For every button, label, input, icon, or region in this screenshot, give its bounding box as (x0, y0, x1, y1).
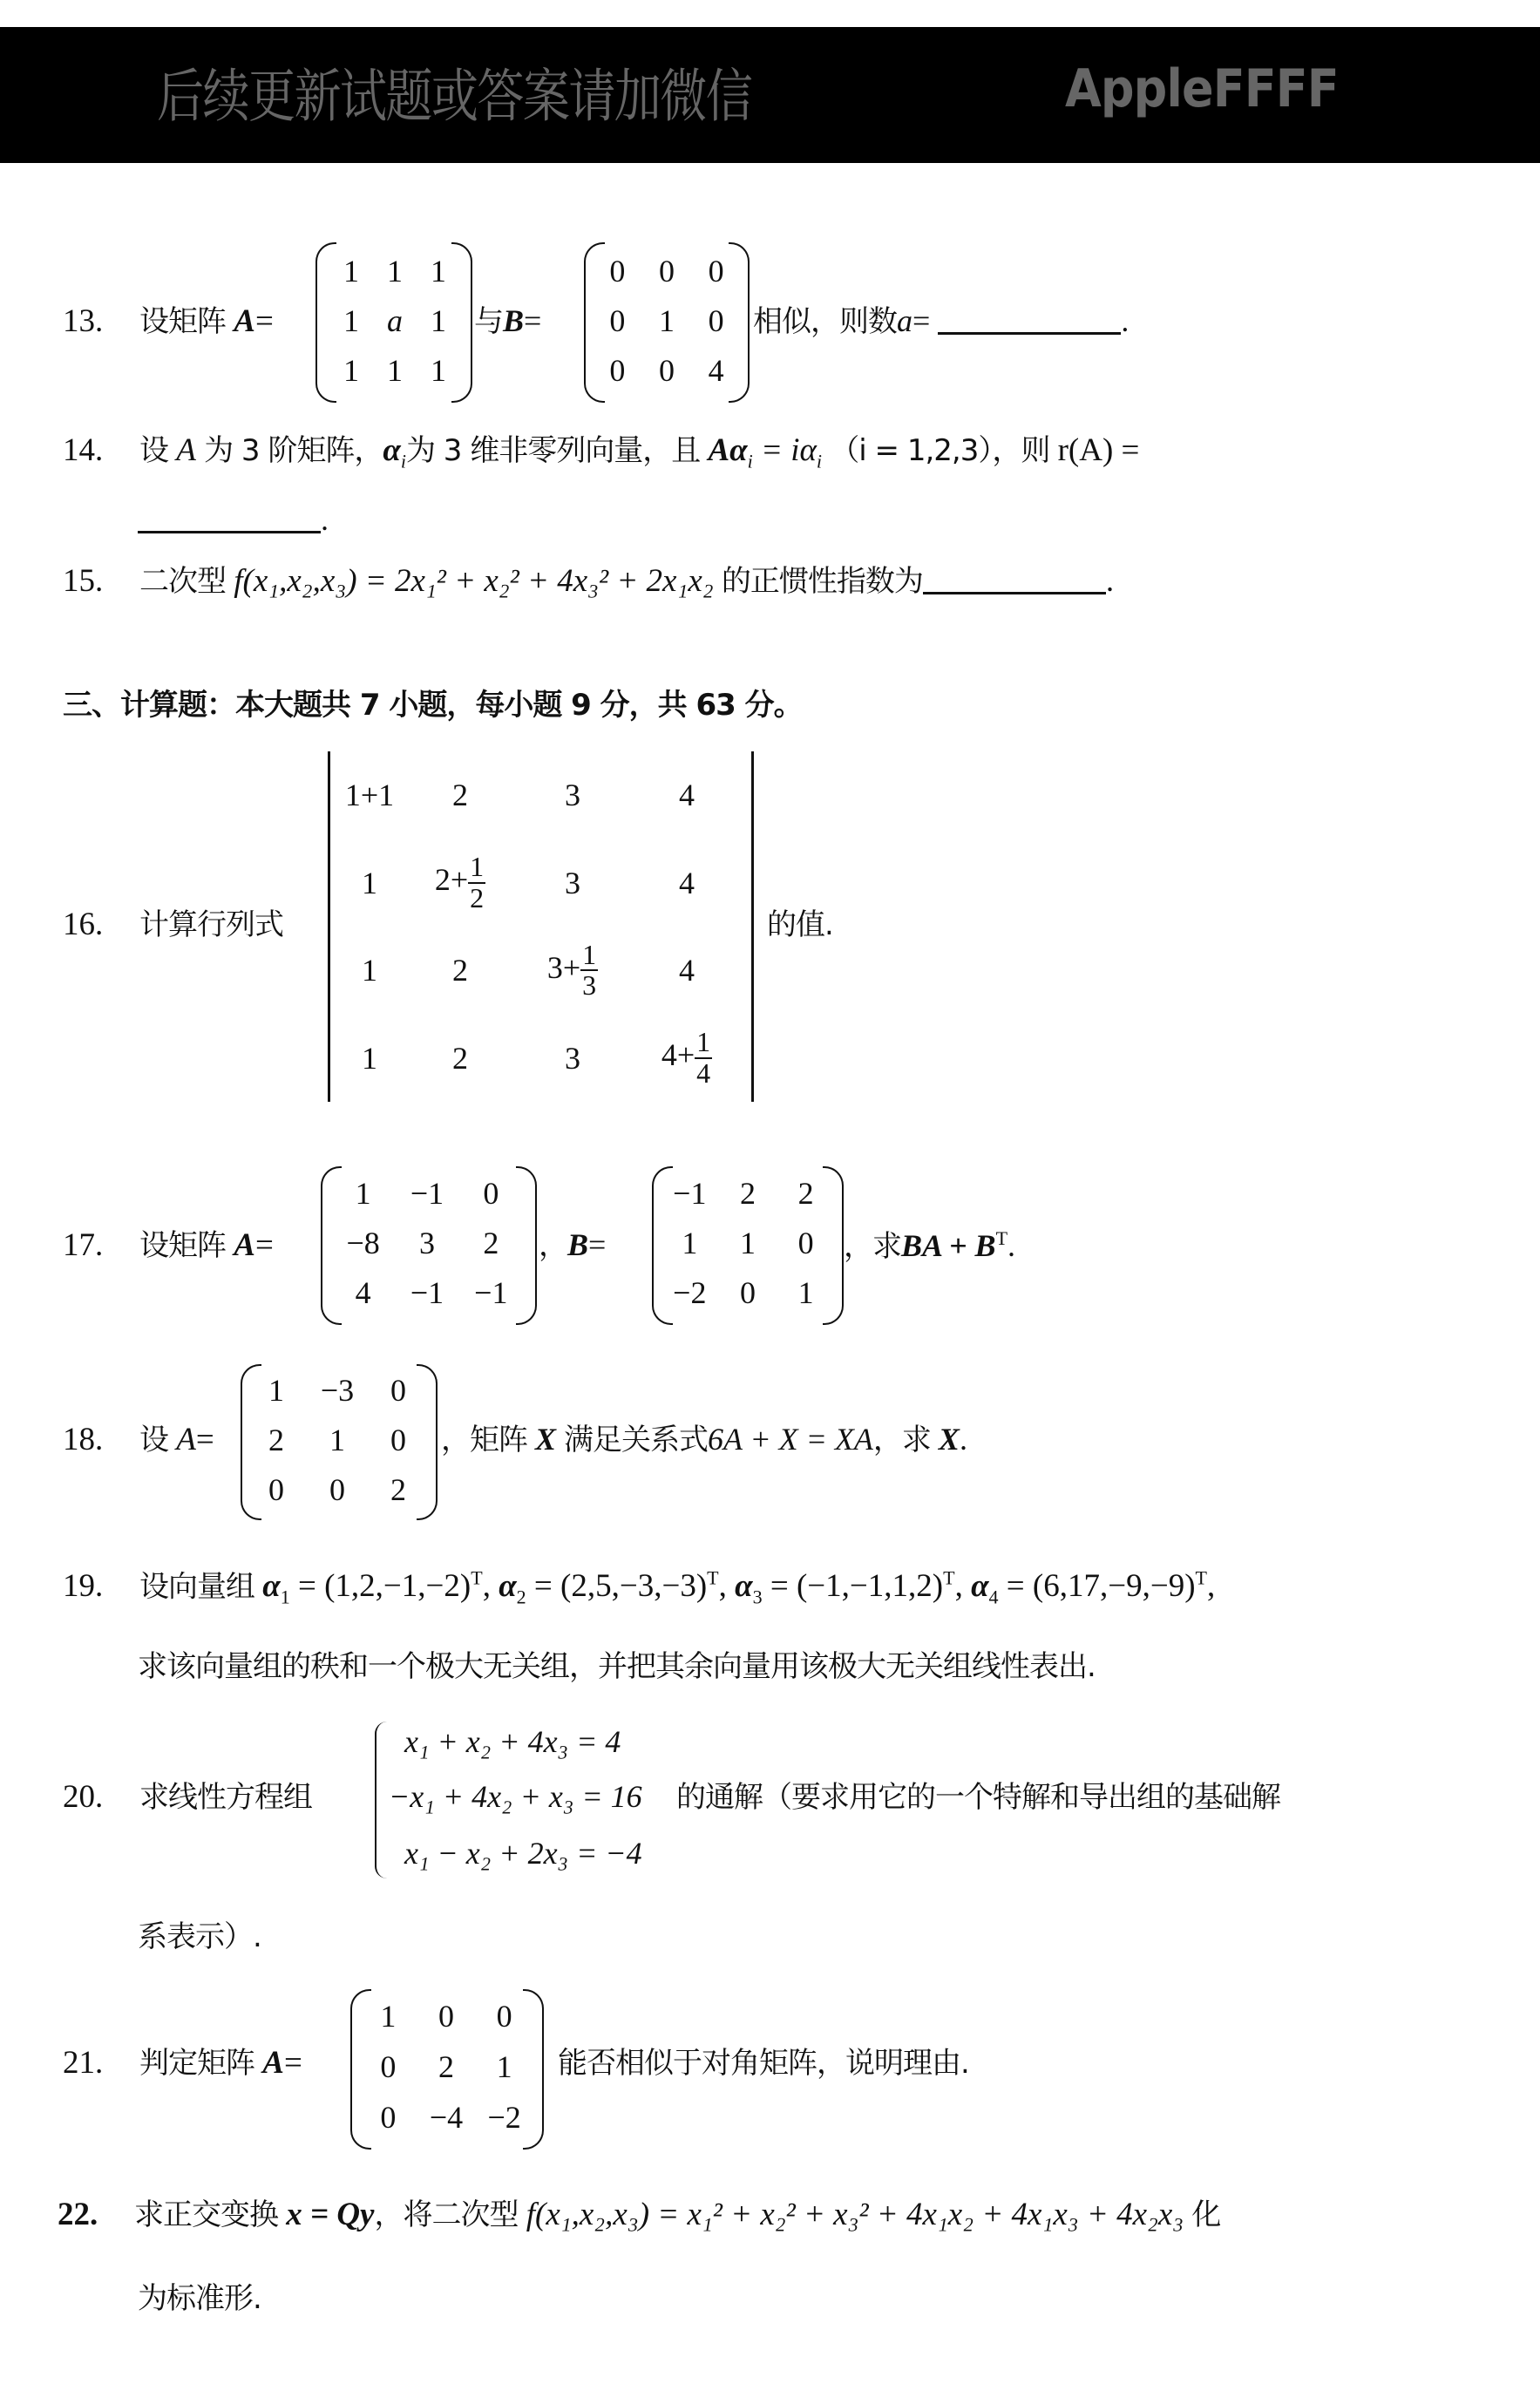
q13-mid: 与B= (474, 305, 541, 336)
q18-a-label: A (176, 1422, 196, 1457)
denominator: 3 (582, 971, 596, 1001)
q22-transform: x = Qy (286, 2197, 374, 2232)
matrix-cell: 2 (719, 1175, 777, 1212)
q14-eq-rhs: = iα (761, 432, 817, 468)
det-cell: 2 (404, 952, 516, 988)
matrix-cell: 1 (661, 1225, 719, 1261)
q18-end: . (960, 1422, 967, 1457)
q14-sub3: i (817, 450, 822, 472)
q17-b-label: B (567, 1227, 588, 1262)
alpha: α (971, 1568, 988, 1604)
q13-prefix: 设矩阵 (139, 304, 226, 339)
q20-equation-1: x₁ + x₂ + 4x₃ = 4 (404, 1726, 621, 1757)
q13-eq: = (255, 303, 274, 339)
plus: + (563, 950, 580, 985)
q18-number: 18. (63, 1423, 139, 1456)
q14-end: . (321, 502, 329, 537)
q14-text3: 为 3 维非零列向量，且 (406, 433, 700, 468)
q15-func: f(x₁,x₂,x₃) = 2x₁² + x₂² + 4x₃² + 2x₁x₂ (234, 563, 713, 599)
q14-eq-lhs: Aα (708, 432, 747, 468)
transpose: T (707, 1567, 718, 1589)
q13-b-label: B (503, 303, 524, 338)
matrix-cell: 1 (373, 253, 417, 289)
matrix-cell: 1 (331, 1175, 395, 1212)
q15-text2: 的正惯性指数为 (722, 564, 923, 599)
q17-a-label: A (234, 1227, 255, 1263)
q22-line: 22.求正交变换 x = Qy，将二次型 f(x₁,x₂,x₃) = x₁² +… (58, 2198, 1220, 2231)
q14-number: 14. (63, 434, 139, 466)
det-cell-frac: 3+13 (516, 941, 629, 1001)
q17-sep: ， (539, 1228, 567, 1263)
q21-matrix-a: 100 021 0−4−2 (359, 1991, 533, 2143)
matrix-cell: 0 (719, 1274, 777, 1311)
q20-equation-2: −x₁ + 4x₂ + x₃ = 16 (389, 1781, 642, 1812)
subscript: 3 (753, 1586, 763, 1608)
subscript: 4 (989, 1586, 999, 1608)
q13-eq3: = (912, 303, 930, 338)
banner-text: 后续更新试题或答案请加微信 (157, 50, 751, 132)
q18-relation: 6A + X = XA (708, 1422, 873, 1457)
q13-eq2: = (524, 303, 541, 338)
det-cell: 2 (404, 1040, 516, 1077)
q21-suffix-text: 能否相似于对角矩阵，说明理由. (558, 2046, 969, 2081)
q20-equation-3: x₁ − x₂ + 2x₃ = −4 (404, 1837, 642, 1869)
matrix-cell: 4 (331, 1274, 395, 1311)
alpha: α (499, 1568, 516, 1604)
q13-matrix-b: 000 010 004 (593, 246, 741, 396)
matrix-cell: −1 (661, 1175, 719, 1212)
q16-determinant: 1+1 2 3 4 1 2+12 3 4 1 2 3+13 4 1 2 3 4+… (335, 751, 744, 1102)
q17-eq2: = (588, 1227, 606, 1262)
q17-prefix: 设矩阵 (139, 1228, 226, 1263)
matrix-cell: 0 (246, 1471, 307, 1508)
section-3-heading: 三、计算题：本大题共 7 小题，每小题 9 分，共 63 分。 (63, 688, 803, 723)
q20-number: 20. (63, 1781, 139, 1813)
vector-value: = (−1,−1,1,2) (770, 1568, 943, 1604)
q14-a: A (176, 432, 196, 468)
question-15: 15.二次型 f(x₁,x₂,x₃) = 2x₁² + x₂² + 4x₃² +… (63, 565, 1114, 597)
q18-text2: 满足关系式 (564, 1423, 708, 1457)
q18-suffix-text: ，矩阵 (441, 1423, 527, 1457)
q13-b-right-paren (729, 242, 750, 403)
q18-line: 18.设 A= (63, 1423, 214, 1456)
q14-text1: 设 (139, 433, 168, 468)
q13-suffix-line: 相似，则数a= . (753, 305, 1129, 336)
q18-suffix: ，矩阵 X 满足关系式6A + X = XA，求 X. (441, 1423, 967, 1455)
det-cell: 1 (335, 865, 404, 901)
matrix-cell: 0 (642, 253, 692, 289)
matrix-cell: −1 (395, 1175, 458, 1212)
q13-a-label: A (234, 303, 255, 339)
matrix-cell: 0 (593, 253, 642, 289)
q14-blank-line: . (138, 504, 329, 535)
int-part: 2 (435, 862, 451, 897)
q17-number: 17. (63, 1229, 139, 1261)
q15-text1: 二次型 (139, 564, 226, 599)
matrix-cell: 0 (359, 2099, 417, 2136)
vector-value: = (2,5,−3,−3) (534, 1568, 707, 1604)
q21-a-right-paren (523, 1989, 544, 2150)
fraction: 14 (695, 1028, 712, 1088)
q21-prefix: 判定矩阵 (139, 2046, 254, 2081)
alpha: α (735, 1568, 752, 1604)
q22-line2: 为标准形. (138, 2282, 261, 2313)
q19-prefix: 设向量组 (139, 1569, 254, 1604)
matrix-cell: −8 (331, 1225, 395, 1261)
q13-mid-text: 与 (474, 304, 503, 339)
det-cell: 4 (629, 777, 744, 813)
plus: + (451, 862, 468, 897)
det-cell: 4 (629, 952, 744, 988)
q22-prefix: 求正交变换 (134, 2197, 278, 2232)
q15-end: . (1106, 563, 1114, 599)
q20-line: 20.求线性方程组 (63, 1781, 312, 1813)
q14-answer-blank[interactable] (138, 531, 321, 533)
matrix-cell: 2 (246, 1422, 307, 1458)
q13-a-right-paren (451, 242, 472, 403)
det-cell: 1 (335, 1040, 404, 1077)
denominator: 4 (696, 1059, 710, 1089)
q17-suffix-text: ，求 (844, 1229, 901, 1264)
matrix-cell: 2 (417, 2048, 476, 2085)
matrix-cell: 0 (417, 1998, 476, 2034)
q19-vector-3: α3 = (−1,−1,1,2)T, (735, 1568, 963, 1604)
matrix-cell: −4 (417, 2099, 476, 2136)
q14-alpha: α (383, 432, 400, 468)
q18-matrix-a: 1−30 210 002 (246, 1366, 429, 1514)
q22-text2: ，将二次型 (374, 2197, 518, 2232)
q13-var: a (897, 303, 912, 338)
det-cell: 4 (629, 865, 744, 901)
q20-line2-text: 系表示）. (138, 1919, 261, 1954)
q16-suffix: 的值. (767, 908, 833, 940)
matrix-cell: 2 (459, 1225, 523, 1261)
subscript: 2 (517, 1586, 526, 1608)
det-cell: 1 (335, 952, 404, 988)
banner-wechat-id: AppleFFFF (1065, 58, 1339, 119)
q14-cond: （i = 1,2,3），则 (830, 433, 1049, 468)
q21-a-label: A (262, 2045, 284, 2081)
matrix-cell: 0 (593, 352, 642, 389)
q16-det-left-bar (328, 751, 330, 1102)
q21-number: 21. (63, 2047, 139, 2079)
q19-vector-2: α2 = (2,5,−3,−3)T, (499, 1568, 727, 1604)
q17-matrix-b: −122 110 −201 (661, 1168, 835, 1318)
q20-left-brace (375, 1722, 389, 1878)
q22-text3: 化 (1191, 2197, 1220, 2232)
q20-prefix: 求线性方程组 (139, 1780, 312, 1815)
q19-vector-4: α4 = (6,17,−9,−9)T, (971, 1568, 1215, 1604)
vector-value: = (1,2,−1,−2) (298, 1568, 471, 1604)
int-part: 3 (547, 950, 563, 985)
q18-text3: ，求 (873, 1423, 931, 1457)
q19-number: 19. (63, 1570, 139, 1602)
numerator: 1 (580, 941, 598, 972)
q15-answer-blank[interactable] (923, 592, 1106, 594)
q17-a-right-paren (516, 1166, 537, 1325)
fraction: 12 (468, 852, 485, 913)
matrix-cell: 3 (395, 1225, 458, 1261)
q21-line: 21.判定矩阵 A= (63, 2047, 302, 2079)
det-cell: 3 (516, 777, 629, 813)
q17-suffix: ，求BA + BT. (844, 1229, 1015, 1261)
q13-matrix-a: 111 1a1 111 (329, 246, 460, 396)
alpha: α (262, 1568, 280, 1604)
q17-expr: BA + B (901, 1228, 996, 1263)
det-cell: 3 (516, 1040, 629, 1077)
det-cell: 3 (516, 865, 629, 901)
matrix-cell: 1 (246, 1372, 307, 1409)
det-cell-frac: 4+14 (629, 1028, 744, 1088)
q19-line2-text: 求该向量组的秩和一个极大无关组，并把其余向量用该极大无关组线性表出. (138, 1649, 1096, 1684)
q18-a-right-paren (417, 1364, 438, 1520)
q17-mid: ，B= (539, 1229, 606, 1260)
q17-end: . (1007, 1228, 1015, 1263)
matrix-cell: 0 (359, 2048, 417, 2085)
numerator: 1 (695, 1028, 712, 1059)
matrix-cell: 0 (642, 352, 692, 389)
q19-line: 19.设向量组 α1 = (1,2,−1,−2)T, α2 = (2,5,−3,… (63, 1569, 1215, 1607)
matrix-cell: 1 (307, 1422, 368, 1458)
det-cell: 2 (404, 777, 516, 813)
q17-transpose: T (996, 1227, 1007, 1249)
vector-value: = (6,17,−9,−9) (1007, 1568, 1196, 1604)
q18-prefix: 设 (139, 1423, 168, 1457)
q21-suffix: 能否相似于对角矩阵，说明理由. (558, 2047, 969, 2078)
plus: + (677, 1037, 695, 1072)
q15-number: 15. (63, 565, 139, 597)
q16-line: 16.计算行列式 (63, 908, 283, 941)
q14-rank: r(A) = (1058, 432, 1140, 468)
matrix-cell: 1 (373, 352, 417, 389)
q13-suffix: 相似，则数 (753, 304, 897, 339)
matrix-cell: 1 (329, 302, 373, 339)
matrix-cell: −1 (395, 1274, 458, 1311)
watermark-banner: 后续更新试题或答案请加微信 AppleFFFF (0, 27, 1540, 163)
q14-line: 14.设 A 为 3 阶矩阵，αi为 3 维非零列向量，且 Aαi = iαi … (63, 434, 1139, 471)
denominator: 2 (470, 884, 484, 914)
matrix-cell: 1 (642, 302, 692, 339)
q22-number: 22. (58, 2198, 134, 2231)
section-heading: 三、计算题：本大题共 7 小题，每小题 9 分，共 63 分。 (63, 689, 803, 721)
q17-line: 17.设矩阵 A= (63, 1229, 274, 1261)
transpose: T (471, 1567, 482, 1589)
transpose: T (1196, 1567, 1207, 1589)
q18-eq: = (196, 1422, 214, 1457)
matrix-cell: 1 (329, 352, 373, 389)
matrix-cell: a (373, 302, 417, 339)
det-cell: 1+1 (335, 777, 404, 813)
q13-line: 13.设矩阵 A= (63, 305, 274, 337)
q13-answer-blank[interactable] (938, 332, 1121, 335)
transpose: T (943, 1567, 954, 1589)
q14-text2: 为 3 阶矩阵， (204, 433, 383, 468)
q21-eq: = (284, 2045, 302, 2081)
fraction: 13 (580, 941, 598, 1001)
matrix-cell: 0 (307, 1471, 368, 1508)
matrix-cell: 1 (329, 253, 373, 289)
q17-b-right-paren (823, 1166, 844, 1325)
matrix-cell: −1 (459, 1274, 523, 1311)
matrix-cell: −3 (307, 1372, 368, 1409)
q19-vector-1: α1 = (1,2,−1,−2)T, (262, 1568, 491, 1604)
q20-suffix: 的通解（要求用它的一个特解和导出组的基础解 (676, 1781, 1280, 1812)
matrix-cell: 1 (719, 1225, 777, 1261)
q17-matrix-a: 1−10 −832 4−1−1 (331, 1168, 523, 1318)
q13-number: 13. (63, 305, 139, 337)
q17-eq: = (255, 1227, 274, 1263)
q22-func: f(x₁,x₂,x₃) = x₁² + x₂² + x₃² + 4x₁x₂ + … (526, 2197, 1184, 2232)
q16-number: 16. (63, 908, 139, 941)
q18-x2: X (939, 1422, 960, 1457)
matrix-cell: 1 (359, 1998, 417, 2034)
q18-x: X (535, 1422, 556, 1457)
q19-line2: 求该向量组的秩和一个极大无关组，并把其余向量用该极大无关组线性表出. (138, 1650, 1096, 1681)
q16-prefix: 计算行列式 (139, 907, 283, 942)
q22-line2-text: 为标准形. (138, 2281, 261, 2316)
q20-line2: 系表示）. (138, 1920, 261, 1952)
q16-suffix-text: 的值. (767, 907, 833, 942)
q20-suffix-text: 的通解（要求用它的一个特解和导出组的基础解 (676, 1780, 1280, 1815)
int-part: 4 (661, 1037, 677, 1072)
q14-sub2: i (748, 450, 753, 472)
q13-end: . (1121, 303, 1129, 338)
matrix-cell: 0 (459, 1175, 523, 1212)
matrix-cell: −2 (661, 1274, 719, 1311)
q16-det-right-bar (751, 751, 754, 1102)
det-cell-frac: 2+12 (404, 852, 516, 913)
subscript: 1 (281, 1586, 290, 1608)
numerator: 1 (468, 852, 485, 884)
matrix-cell: 0 (593, 302, 642, 339)
